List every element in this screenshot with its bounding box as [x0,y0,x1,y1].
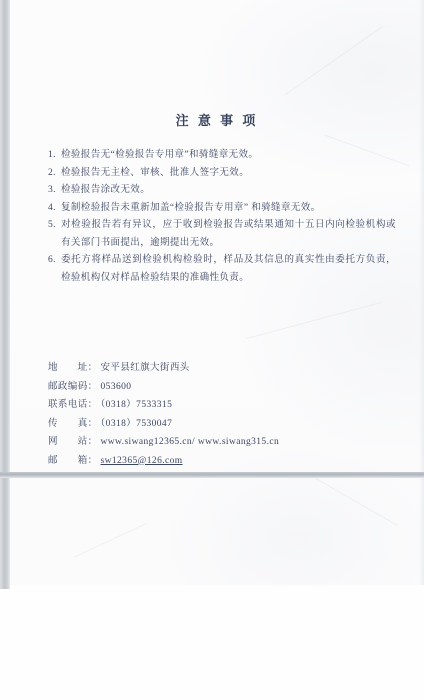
address-value: 安平县红旗大街西头 [101,363,190,373]
note-text: 对检验报告若有异议，应于收到检验报告或结果通知十五日内向检验机构或有关部门书面提… [61,217,396,252]
note-number: 5. [48,217,61,252]
note-number: 3. [48,182,61,200]
scan-bottom-edge [0,472,424,478]
fax-row: 传 真：（0318）7530047 [48,415,408,434]
email-row: 邮 箱：sw12365@126.com [48,452,408,471]
paper-texture [310,475,397,526]
list-item: 1. 检验报告无“检验报告专用章”和骑缝章无效。 [48,147,396,165]
postcode-row: 邮政编码：053600 [48,378,408,397]
paper-texture [246,302,381,339]
website-label: 网 站： [48,437,98,447]
postcode-label: 邮政编码： [48,382,98,392]
note-number: 4. [48,200,61,218]
fax-value: （0318）7530047 [101,419,173,429]
note-text: 复制检验报告未重新加盖“检验报告专用章” 和骑缝章无效。 [61,200,396,218]
note-text: 检验报告涂改无效。 [61,182,396,200]
phone-value: （0318）7533315 [101,400,173,410]
email-label: 邮 箱： [48,456,98,466]
website-row: 网 站：www.siwang12365.cn/ www.siwang315.cn [48,433,408,452]
postcode-value: 053600 [101,382,132,392]
list-item: 3. 检验报告涂改无效。 [48,182,396,200]
paper-texture [285,26,384,96]
scan-left-edge [0,0,10,589]
website-value: www.siwang12365.cn/ www.siwang315.cn [101,437,280,447]
phone-label: 联系电话： [48,400,98,410]
page-title: 注 意 事 项 [10,110,424,129]
paper-texture [74,523,147,558]
note-text: 委托方将样品送到检验机构检验时，样品及其信息的真实性由委托方负责，检验机构仅对样… [61,252,396,287]
list-item: 4. 复制检验报告未重新加盖“检验报告专用章” 和骑缝章无效。 [48,200,396,218]
fax-label: 传 真： [48,419,98,429]
email-link: sw12365@126.com [101,456,183,466]
phone-row: 联系电话：（0318）7533315 [48,396,408,415]
note-number: 1. [48,147,61,165]
address-label: 地 址： [48,363,98,373]
note-number: 6. [48,252,61,287]
note-text: 检验报告无“检验报告专用章”和骑缝章无效。 [61,147,396,165]
list-item: 6. 委托方将样品送到检验机构检验时，样品及其信息的真实性由委托方负责，检验机构… [48,252,396,287]
list-item: 5. 对检验报告若有异议，应于收到检验报告或结果通知十五日内向检验机构或有关部门… [48,217,396,252]
list-item: 2. 检验报告无主检、审核、批准人签字无效。 [48,165,396,183]
note-number: 2. [48,165,61,183]
contact-info-block: 地 址：安平县红旗大街西头 邮政编码：053600 联系电话：（0318）753… [48,359,408,470]
paper-right-edge [419,0,424,585]
address-row: 地 址：安平县红旗大街西头 [48,359,408,378]
scanned-document-page: 注 意 事 项 1. 检验报告无“检验报告专用章”和骑缝章无效。 2. 检验报告… [0,0,424,700]
scan-area: 注 意 事 项 1. 检验报告无“检验报告专用章”和骑缝章无效。 2. 检验报告… [0,0,424,589]
notes-list: 1. 检验报告无“检验报告专用章”和骑缝章无效。 2. 检验报告无主检、审核、批… [48,147,396,287]
note-text: 检验报告无主检、审核、批准人签字无效。 [61,165,396,183]
paper-sheet: 注 意 事 项 1. 检验报告无“检验报告专用章”和骑缝章无效。 2. 检验报告… [10,0,424,585]
